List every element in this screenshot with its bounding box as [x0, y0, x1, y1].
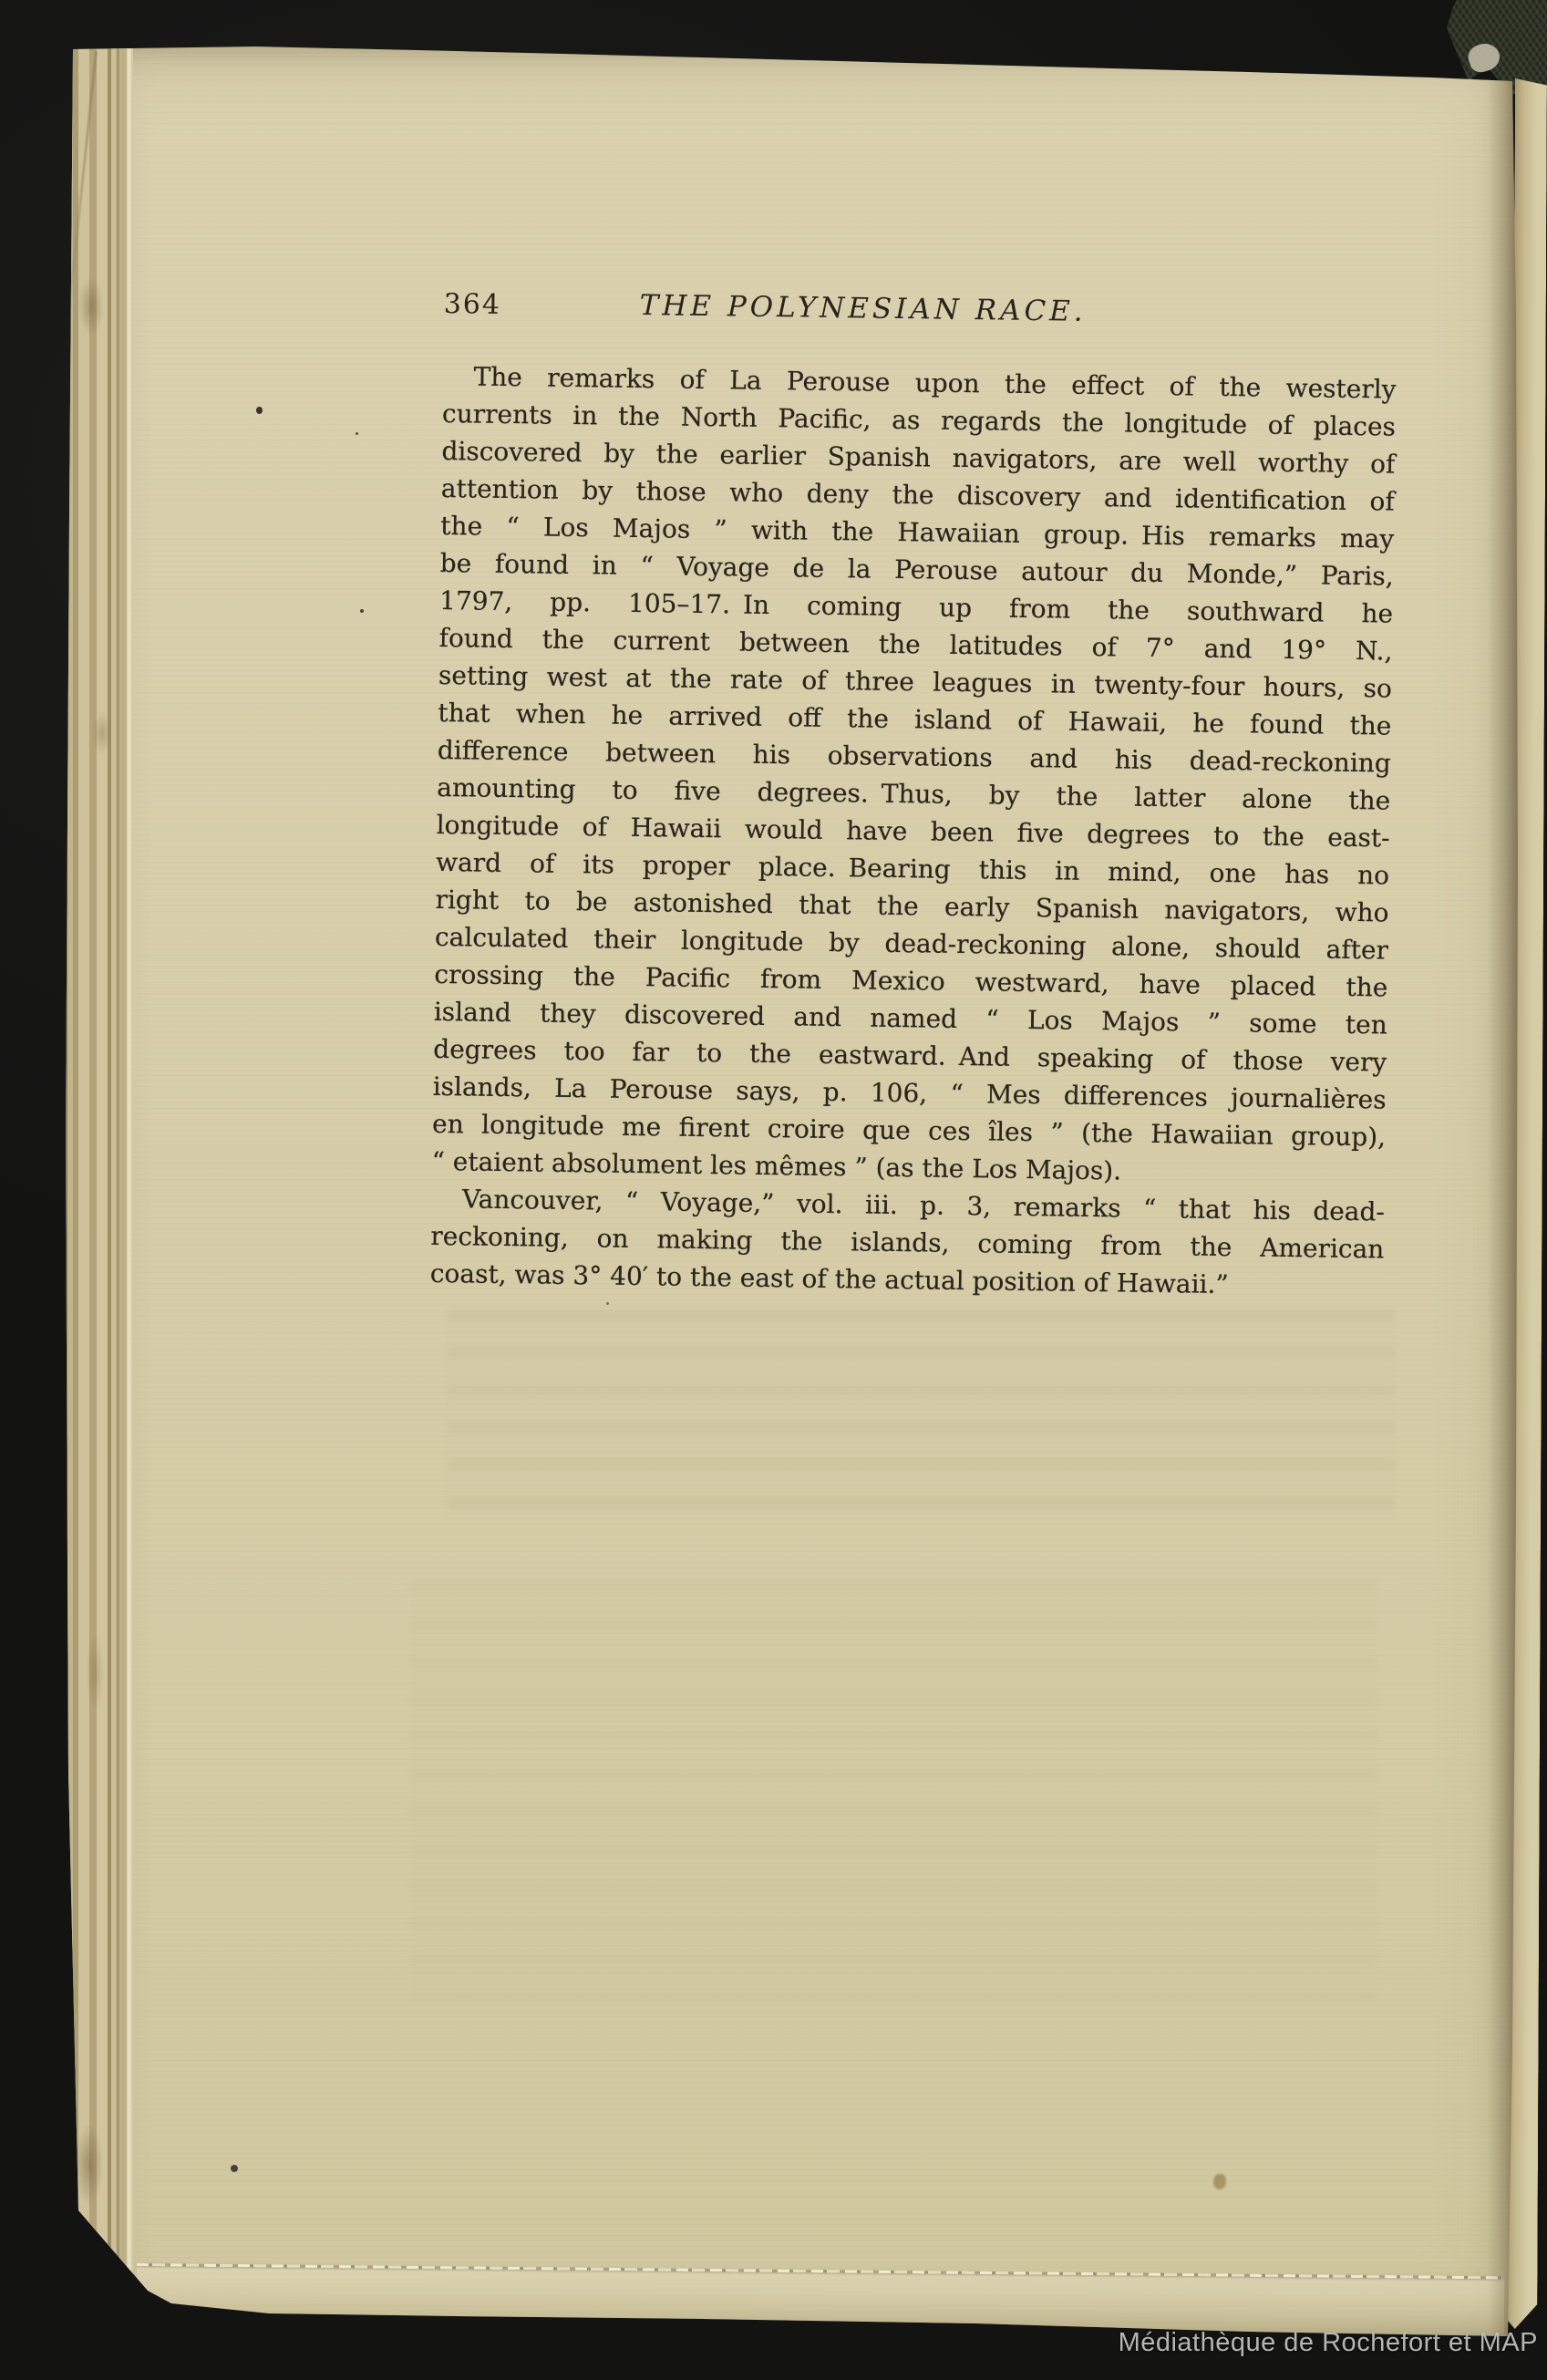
book-scan-photo: 364 THE POLYNESIAN RACE. The remarks of … — [0, 0, 1547, 2380]
page-edge-highlight — [127, 47, 131, 2313]
ink-show-through — [447, 1309, 1395, 1519]
paper-speck — [231, 2165, 238, 2172]
library-watermark: Médiathèque de Rochefort et MAP — [1119, 2328, 1538, 2358]
stacked-page-edges — [64, 40, 133, 2340]
paper-stain — [1213, 2174, 1226, 2189]
paragraph: Vancouver, “ Voyage,” vol. iii. p. 3, re… — [430, 1180, 1386, 1306]
page-edge-crease — [117, 46, 119, 2307]
paper-speck — [256, 407, 263, 414]
page-header: 364 THE POLYNESIAN RACE. — [443, 285, 1397, 346]
book-page: 364 THE POLYNESIAN RACE. The remarks of … — [64, 40, 1519, 2340]
paper-speck — [360, 609, 364, 613]
running-title: THE POLYNESIAN RACE. — [589, 288, 1136, 328]
printed-content: 364 THE POLYNESIAN RACE. The remarks of … — [430, 285, 1397, 1305]
page-number: 364 — [443, 288, 501, 321]
ink-show-through — [410, 1581, 1377, 2001]
body-text: The remarks of La Perouse upon the effec… — [430, 357, 1397, 1306]
paragraph: The remarks of La Perouse upon the effec… — [431, 357, 1396, 1194]
paper-speck — [606, 1302, 609, 1305]
paper-speck — [356, 432, 358, 435]
